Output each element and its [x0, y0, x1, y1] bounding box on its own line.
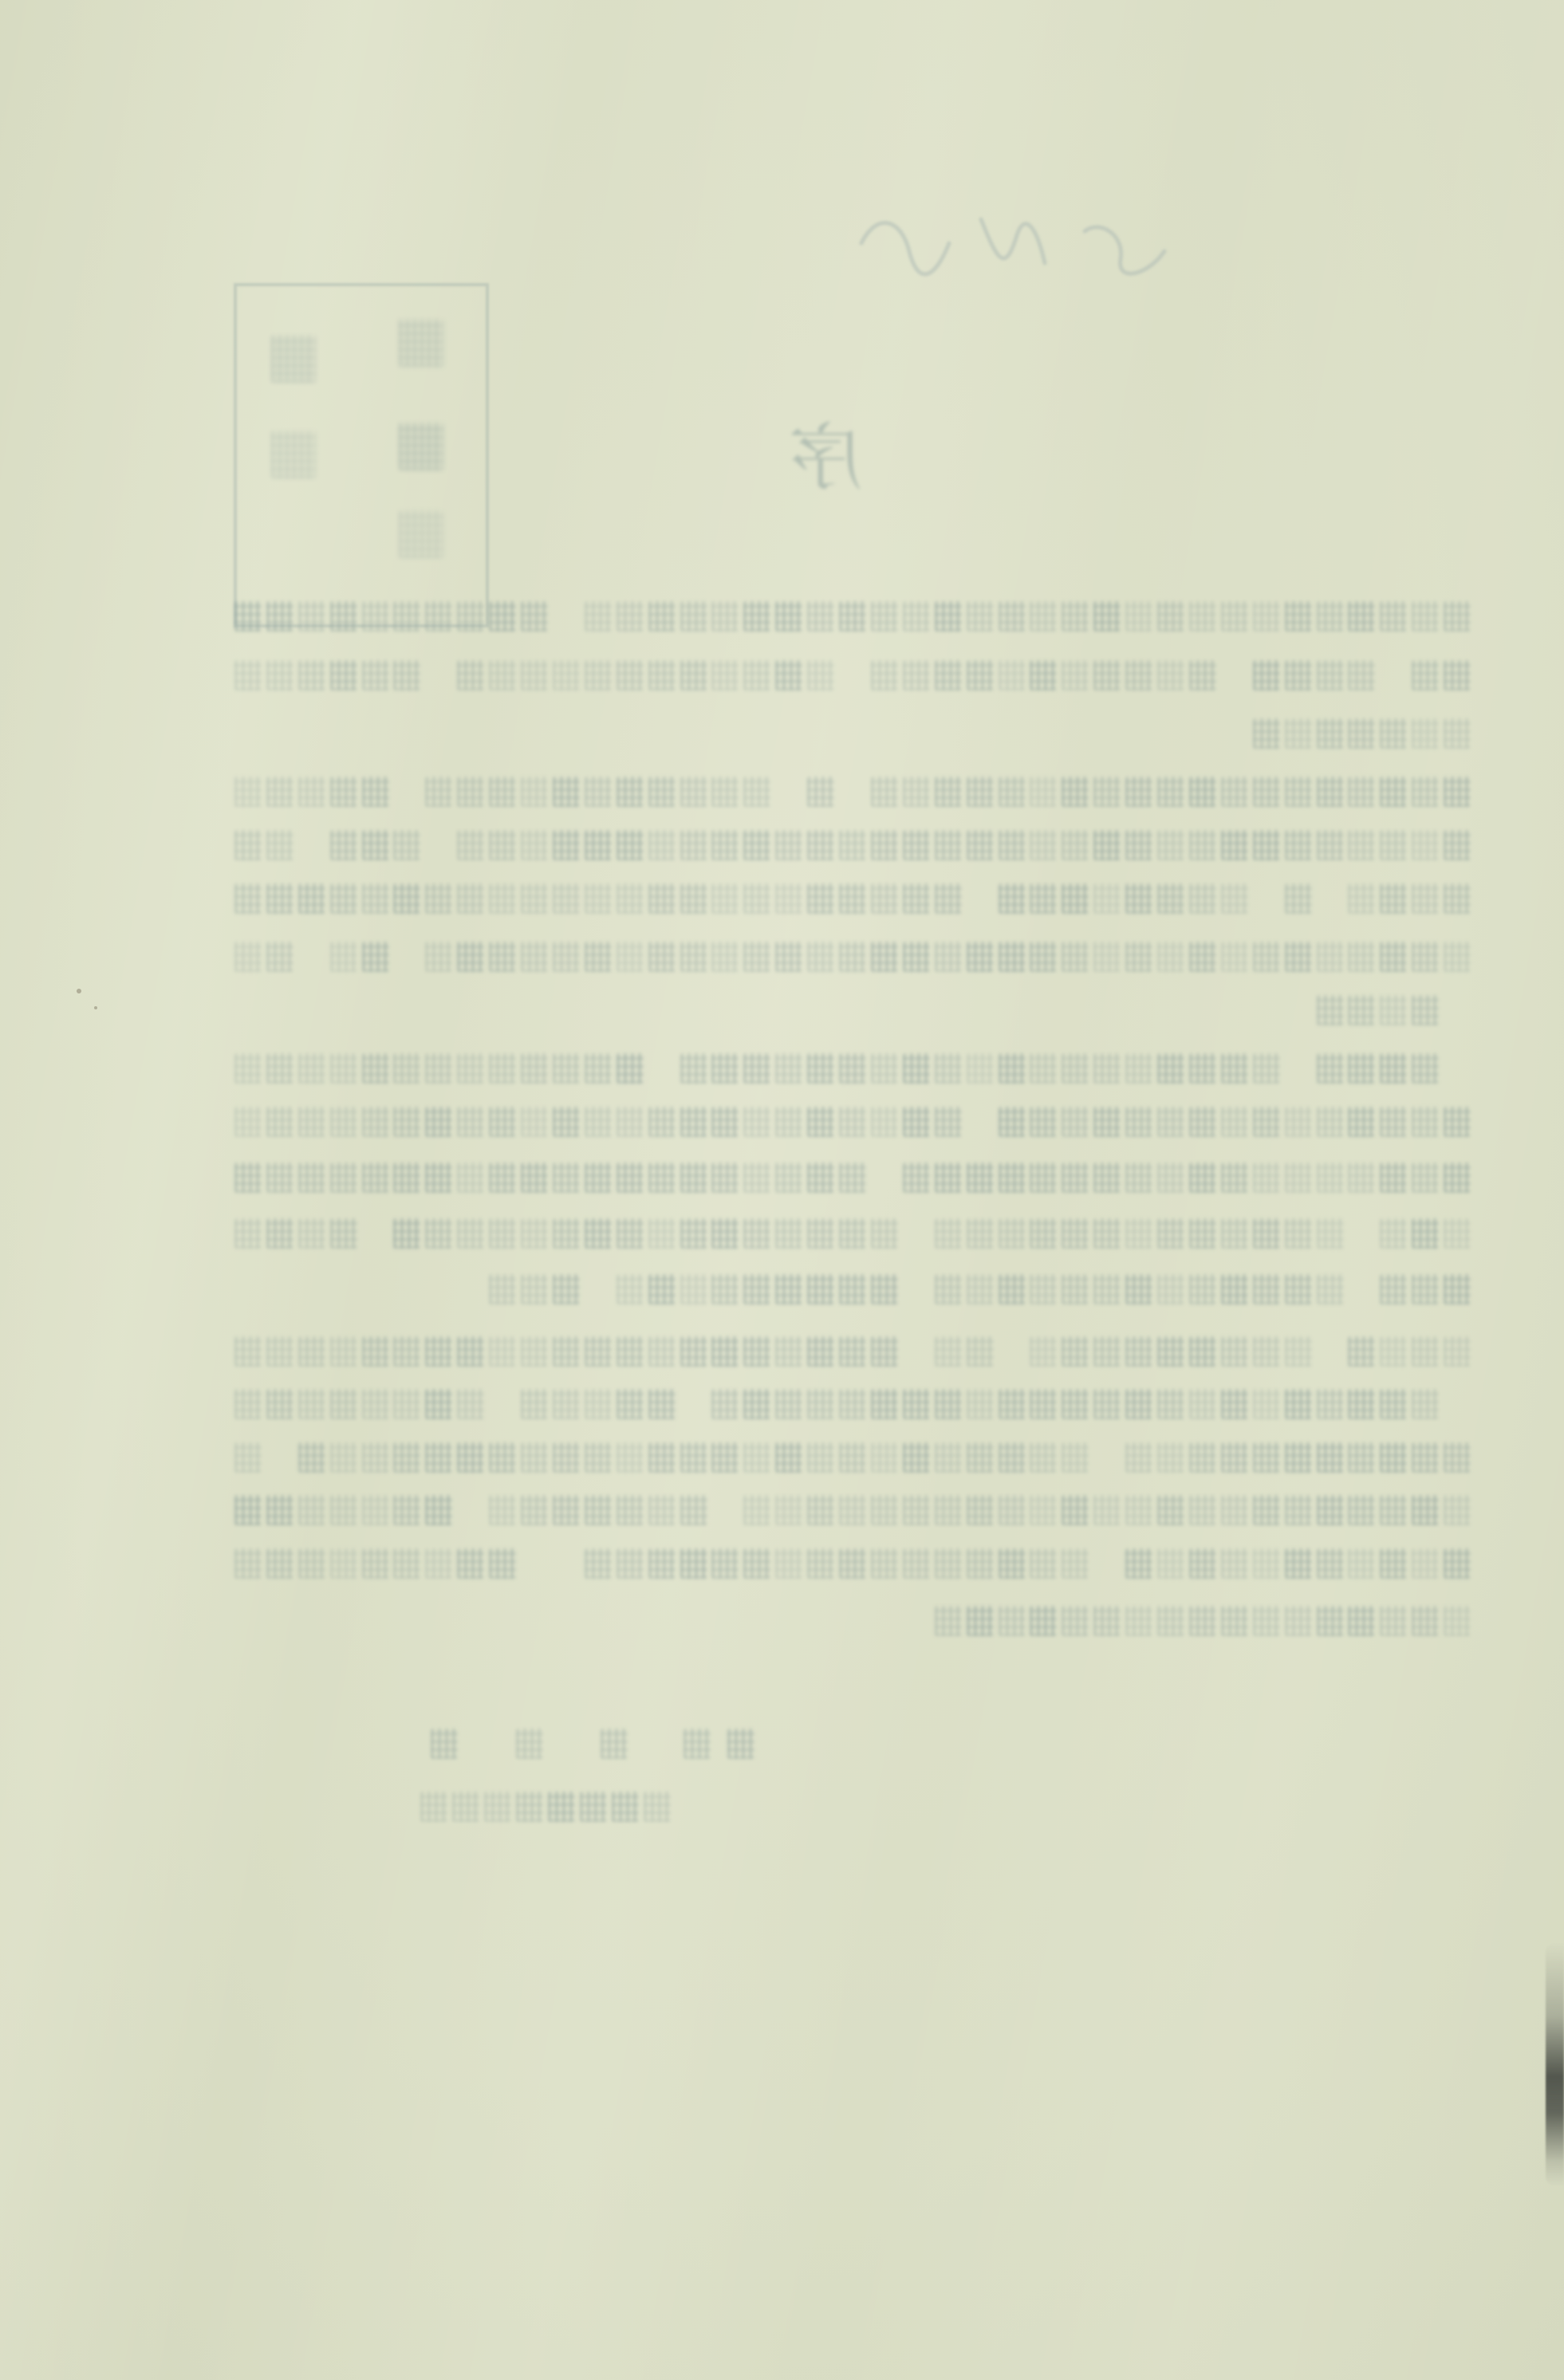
faded-character [1030, 1218, 1057, 1249]
faded-character [298, 1548, 325, 1579]
faded-character [617, 1389, 644, 1419]
faded-character [330, 1442, 357, 1473]
faded-character [1380, 1162, 1407, 1193]
faded-character [1125, 1053, 1152, 1084]
faded-character [1317, 1162, 1344, 1193]
faded-character [839, 1218, 866, 1249]
faded-character [1157, 1053, 1184, 1084]
faded-character [1062, 1218, 1089, 1249]
faded-character [1412, 1107, 1439, 1137]
faded-character [362, 830, 389, 860]
faded-character [680, 1274, 707, 1304]
faded-character [266, 942, 293, 972]
faded-character [1380, 601, 1407, 631]
faded-character [617, 1548, 644, 1579]
faded-character [648, 1336, 676, 1367]
faded-character [903, 1442, 930, 1473]
faded-character [1030, 660, 1057, 690]
faded-character [743, 1336, 770, 1367]
faded-character [1157, 883, 1184, 914]
faded-character [935, 1107, 962, 1137]
faded-character [711, 777, 739, 807]
faded-character [393, 1389, 420, 1419]
faded-character [489, 883, 516, 914]
faded-character [457, 601, 484, 631]
faded-character [1348, 718, 1375, 749]
faded-character [425, 1389, 452, 1419]
faded-character [1317, 1053, 1344, 1084]
faded-character [935, 1606, 962, 1636]
faded-character [362, 942, 389, 972]
faded-character [1412, 942, 1439, 972]
faded-character [362, 1495, 389, 1525]
faded-character [743, 830, 770, 860]
faded-character [1317, 830, 1344, 860]
faded-character [839, 601, 866, 631]
faded-character [617, 1107, 644, 1137]
faded-character [362, 1548, 389, 1579]
faded-character [807, 1336, 834, 1367]
faded-character [425, 601, 452, 631]
faded-character [457, 1336, 484, 1367]
faded-character [457, 1162, 484, 1193]
faded-character [457, 1218, 484, 1249]
faded-character [1125, 601, 1152, 631]
faded-character [680, 1495, 707, 1525]
faded-character [1253, 777, 1280, 807]
faded-character [903, 1053, 930, 1084]
faded-character [399, 510, 443, 558]
faded-character [1189, 1336, 1216, 1367]
faded-character [871, 830, 898, 860]
faded-character [871, 1218, 898, 1249]
faded-character [1285, 1548, 1312, 1579]
faded-character [1125, 942, 1152, 972]
faded-character [871, 1107, 898, 1137]
faded-character [711, 942, 739, 972]
page-edge-shadow [1546, 1943, 1564, 2186]
faded-character [680, 1218, 707, 1249]
faded-character [1062, 1162, 1089, 1193]
faded-character [266, 1107, 293, 1137]
handwritten-annotation [845, 187, 1180, 307]
faded-character [521, 777, 548, 807]
faded-character [903, 660, 930, 690]
faded-character [1221, 1606, 1248, 1636]
faded-character [999, 883, 1026, 914]
faded-character [999, 1442, 1026, 1473]
faded-character [516, 1792, 543, 1822]
faded-character [425, 1218, 452, 1249]
faded-character [234, 1162, 262, 1193]
faded-character [1412, 1274, 1439, 1304]
faded-character [1062, 660, 1089, 690]
faded-character [999, 660, 1026, 690]
faded-character [1285, 718, 1312, 749]
faded-character [234, 1218, 262, 1249]
scanned-page: 序 [0, 0, 1564, 2380]
faded-character [585, 1107, 612, 1137]
faded-character [967, 830, 994, 860]
faded-character [271, 335, 316, 383]
faded-character [775, 1162, 802, 1193]
faded-character [775, 1548, 802, 1579]
faded-character [425, 1548, 452, 1579]
faded-character [489, 1162, 516, 1193]
faded-character [393, 1495, 420, 1525]
faded-character [967, 1442, 994, 1473]
faded-character [727, 1729, 754, 1759]
faded-character [935, 1495, 962, 1525]
faded-character [617, 601, 644, 631]
faded-character [871, 1336, 898, 1367]
faded-character [1221, 1053, 1248, 1084]
faded-character [1093, 1107, 1121, 1137]
faded-character [1380, 1389, 1407, 1419]
faded-character [999, 942, 1026, 972]
paper-speck [94, 1006, 97, 1009]
faded-character [807, 883, 834, 914]
faded-character [553, 1162, 580, 1193]
faded-character [393, 1548, 420, 1579]
faded-character [1348, 942, 1375, 972]
faded-character [1253, 1162, 1280, 1193]
faded-character [1093, 1606, 1121, 1636]
page-title: 序 [782, 415, 869, 502]
faded-character [684, 1729, 711, 1759]
faded-character [585, 1495, 612, 1525]
faded-character [743, 660, 770, 690]
faded-character [967, 1336, 994, 1367]
faded-character [234, 830, 262, 860]
faded-character [1444, 1495, 1471, 1525]
faded-character [1221, 601, 1248, 631]
faded-character [585, 601, 612, 631]
faded-character [1221, 777, 1248, 807]
faded-character [585, 1218, 612, 1249]
faded-character [399, 319, 443, 367]
faded-character [553, 1053, 580, 1084]
faded-character [871, 1548, 898, 1579]
faded-character [585, 777, 612, 807]
faded-character [1317, 1274, 1344, 1304]
faded-character [1412, 1442, 1439, 1473]
faded-character [1253, 601, 1280, 631]
faded-character [1221, 942, 1248, 972]
faded-character [234, 777, 262, 807]
faded-character [743, 1442, 770, 1473]
faded-character [680, 777, 707, 807]
faded-character [775, 660, 802, 690]
faded-character [1221, 1336, 1248, 1367]
faded-character [553, 1495, 580, 1525]
faded-character [903, 830, 930, 860]
faded-character [807, 1162, 834, 1193]
faded-character [489, 1336, 516, 1367]
faded-character [839, 1442, 866, 1473]
faded-character [1125, 1274, 1152, 1304]
faded-character [521, 1336, 548, 1367]
faded-character [839, 1053, 866, 1084]
faded-character [489, 942, 516, 972]
faded-character [1062, 830, 1089, 860]
faded-character [1189, 660, 1216, 690]
faded-character [1317, 777, 1344, 807]
faded-character [393, 601, 420, 631]
faded-character [266, 601, 293, 631]
faded-character [1093, 1218, 1121, 1249]
faded-character [1189, 1107, 1216, 1137]
faded-character [521, 942, 548, 972]
faded-character [425, 1053, 452, 1084]
faded-character [1380, 1274, 1407, 1304]
faded-character [711, 1274, 739, 1304]
faded-character [1412, 777, 1439, 807]
faded-character [330, 1548, 357, 1579]
faded-character [967, 1218, 994, 1249]
faded-character [935, 1274, 962, 1304]
faded-character [1030, 1162, 1057, 1193]
faded-character [1030, 1495, 1057, 1525]
faded-character [680, 660, 707, 690]
faded-character [903, 777, 930, 807]
faded-character [999, 1389, 1026, 1419]
faded-character [521, 1274, 548, 1304]
faded-character [935, 660, 962, 690]
faded-character [1030, 1442, 1057, 1473]
faded-character [1412, 1053, 1439, 1084]
faded-character [1348, 1107, 1375, 1137]
faded-character [266, 777, 293, 807]
faded-character [1157, 1336, 1184, 1367]
faded-character [1253, 718, 1280, 749]
faded-character [648, 1389, 676, 1419]
faded-character [1221, 830, 1248, 860]
faded-character [585, 1162, 612, 1193]
faded-character [1444, 1442, 1471, 1473]
faded-character [330, 942, 357, 972]
faded-character [1380, 830, 1407, 860]
faded-character [1093, 601, 1121, 631]
faded-character [903, 601, 930, 631]
faded-character [1317, 660, 1344, 690]
faded-character [1253, 830, 1280, 860]
faded-character [1125, 660, 1152, 690]
faded-character [521, 1162, 548, 1193]
faded-character [648, 1442, 676, 1473]
faded-character [1125, 830, 1152, 860]
faded-character [298, 1495, 325, 1525]
faded-character [1348, 601, 1375, 631]
faded-character [425, 1495, 452, 1525]
faded-character [1189, 883, 1216, 914]
faded-character [1285, 1606, 1312, 1636]
faded-character [617, 830, 644, 860]
faded-character [393, 1053, 420, 1084]
faded-character [457, 830, 484, 860]
faded-character [1030, 1606, 1057, 1636]
faded-character [489, 777, 516, 807]
faded-character [1380, 1548, 1407, 1579]
faded-character [648, 883, 676, 914]
faded-character [648, 830, 676, 860]
faded-character [553, 1336, 580, 1367]
faded-character [266, 1162, 293, 1193]
faded-character [1062, 601, 1089, 631]
faded-character [425, 1442, 452, 1473]
faded-character [1157, 1442, 1184, 1473]
faded-character [585, 1548, 612, 1579]
faded-character [807, 1442, 834, 1473]
faded-character [1317, 1548, 1344, 1579]
faded-character [1285, 1162, 1312, 1193]
faded-character [807, 1548, 834, 1579]
faded-character [1253, 1218, 1280, 1249]
faded-character [393, 883, 420, 914]
faded-character [935, 1162, 962, 1193]
faded-character [999, 1606, 1026, 1636]
faded-character [1412, 1218, 1439, 1249]
faded-character [680, 942, 707, 972]
faded-character [1125, 1548, 1152, 1579]
faded-character [903, 883, 930, 914]
faded-character [1444, 1218, 1471, 1249]
faded-character [457, 660, 484, 690]
faded-character [1444, 1274, 1471, 1304]
faded-character [648, 777, 676, 807]
faded-character [1221, 1107, 1248, 1137]
faded-character [807, 601, 834, 631]
faded-character [839, 830, 866, 860]
faded-character [553, 830, 580, 860]
faded-character [1093, 1274, 1121, 1304]
faded-character [1253, 1442, 1280, 1473]
faded-character [1380, 883, 1407, 914]
faded-character [935, 1218, 962, 1249]
faded-character [617, 1274, 644, 1304]
faded-character [266, 830, 293, 860]
faded-character [967, 1274, 994, 1304]
faded-character [521, 883, 548, 914]
faded-character [1444, 1606, 1471, 1636]
faded-character [1157, 777, 1184, 807]
faded-character [521, 601, 548, 631]
faded-character [775, 1495, 802, 1525]
faded-character [1093, 1389, 1121, 1419]
faded-character [1444, 601, 1471, 631]
faded-character [393, 1336, 420, 1367]
faded-character [871, 660, 898, 690]
faded-character [648, 1162, 676, 1193]
faded-character [1444, 942, 1471, 972]
faded-character [1317, 1495, 1344, 1525]
faded-character [1444, 830, 1471, 860]
faded-character [807, 830, 834, 860]
faded-character [362, 1442, 389, 1473]
faded-character [648, 1495, 676, 1525]
faded-character [585, 942, 612, 972]
faded-character [1348, 1495, 1375, 1525]
faded-character [1285, 883, 1312, 914]
faded-character [1317, 942, 1344, 972]
faded-character [1030, 1274, 1057, 1304]
faded-character [839, 1495, 866, 1525]
faded-character [1317, 1389, 1344, 1419]
faded-character [489, 1548, 516, 1579]
faded-character [775, 601, 802, 631]
faded-character [425, 883, 452, 914]
faded-character [743, 883, 770, 914]
faded-character [903, 1495, 930, 1525]
faded-character [489, 1495, 516, 1525]
faded-character [680, 1548, 707, 1579]
faded-character [1444, 718, 1471, 749]
faded-character [1285, 660, 1312, 690]
faded-character [1157, 1218, 1184, 1249]
faded-character [1189, 1606, 1216, 1636]
faded-character [999, 1274, 1026, 1304]
faded-character [999, 601, 1026, 631]
faded-character [1062, 1274, 1089, 1304]
faded-character [1221, 1218, 1248, 1249]
faded-character [743, 1495, 770, 1525]
faded-character [1062, 942, 1089, 972]
faded-character [935, 1389, 962, 1419]
faded-character [617, 660, 644, 690]
faded-character [548, 1792, 575, 1822]
faded-character [1093, 1053, 1121, 1084]
faded-character [967, 1162, 994, 1193]
faded-character [839, 1162, 866, 1193]
faded-character [585, 1336, 612, 1367]
faded-character [743, 1389, 770, 1419]
faded-character [585, 883, 612, 914]
faded-character [871, 1389, 898, 1419]
faded-character [271, 431, 316, 478]
faded-character [1157, 942, 1184, 972]
faded-character [775, 1274, 802, 1304]
faded-character [1253, 1274, 1280, 1304]
faded-character [1285, 830, 1312, 860]
faded-character [425, 1162, 452, 1193]
faded-character [617, 1336, 644, 1367]
faded-character [1157, 1606, 1184, 1636]
faded-character [1412, 883, 1439, 914]
faded-character [521, 1389, 548, 1419]
faded-character [1189, 830, 1216, 860]
faded-character [617, 1218, 644, 1249]
faded-character [553, 777, 580, 807]
faded-character [1157, 1274, 1184, 1304]
faded-character [839, 1107, 866, 1137]
faded-character [967, 601, 994, 631]
faded-character [680, 830, 707, 860]
faded-character [648, 601, 676, 631]
faded-character [457, 777, 484, 807]
faded-character [648, 1274, 676, 1304]
faded-character [1125, 1218, 1152, 1249]
faded-character [266, 1495, 293, 1525]
faded-character [807, 777, 834, 807]
faded-character [1189, 1274, 1216, 1304]
faded-character [521, 660, 548, 690]
faded-character [1125, 1389, 1152, 1419]
faded-character [612, 1792, 639, 1822]
faded-character [999, 777, 1026, 807]
faded-character [234, 1495, 262, 1525]
faded-character [775, 883, 802, 914]
faded-character [521, 1218, 548, 1249]
